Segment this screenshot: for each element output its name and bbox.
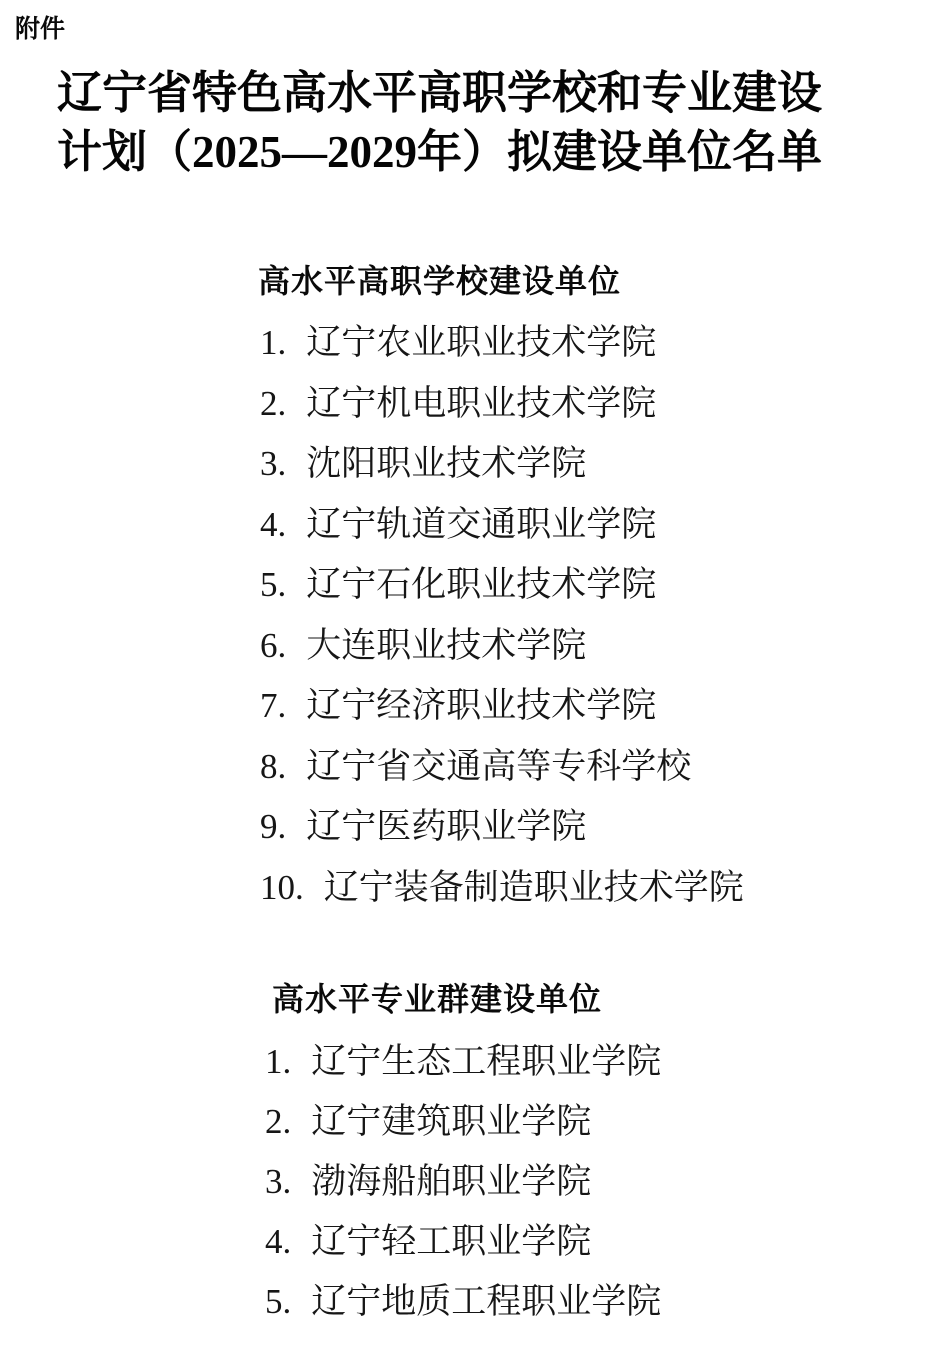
document-title-line2: 计划（2025—2029年）拟建设单位名单 [57,123,857,182]
list-item: 2.辽宁机电职业技术学院 [260,374,744,435]
list-item: 4.辽宁轨道交通职业学院 [260,495,744,556]
school-name: 辽宁轻工职业学院 [311,1222,591,1261]
list-item: 5.辽宁地质工程职业学院 [265,1272,661,1332]
list-item-number: 9. [260,797,286,858]
school-name: 大连职业技术学院 [306,626,586,665]
school-name: 辽宁农业职业技术学院 [306,323,656,362]
list-item-number: 8. [260,737,286,798]
school-name: 辽宁建筑职业学院 [311,1102,591,1141]
school-name: 辽宁地质工程职业学院 [311,1282,661,1321]
school-name: 沈阳职业技术学院 [306,444,586,483]
list-item: 9.辽宁医药职业学院 [260,797,744,858]
list-item: 10.辽宁装备制造职业技术学院 [260,858,744,919]
document-title-line1: 辽宁省特色高水平高职学校和专业建设 [57,64,857,123]
list-item-number: 5. [260,555,286,616]
section-heading-major-groups: 高水平专业群建设单位 [272,980,602,1018]
list-item: 1.辽宁生态工程职业学院 [265,1032,661,1092]
list-item: 3.渤海船舶职业学院 [265,1152,661,1212]
list-item-number: 1. [265,1032,291,1092]
major-group-unit-list: 1.辽宁生态工程职业学院 2.辽宁建筑职业学院 3.渤海船舶职业学院 4.辽宁轻… [265,1032,661,1332]
attachment-label: 附件 [15,13,65,45]
section-heading-schools: 高水平高职学校建设单位 [258,262,621,300]
school-name: 辽宁机电职业技术学院 [306,384,656,423]
list-item-number: 10. [260,858,304,919]
document-page: 附件 辽宁省特色高水平高职学校和专业建设 计划（2025—2029年）拟建设单位… [0,0,928,1358]
school-name: 辽宁生态工程职业学院 [311,1042,661,1081]
school-name: 辽宁经济职业技术学院 [306,686,656,725]
list-item: 3.沈阳职业技术学院 [260,434,744,495]
list-item: 7.辽宁经济职业技术学院 [260,676,744,737]
school-name: 辽宁医药职业学院 [306,807,586,846]
list-item: 2.辽宁建筑职业学院 [265,1092,661,1152]
document-title: 辽宁省特色高水平高职学校和专业建设 计划（2025—2029年）拟建设单位名单 [57,64,857,182]
list-item-number: 3. [265,1152,291,1212]
school-unit-list: 1.辽宁农业职业技术学院 2.辽宁机电职业技术学院 3.沈阳职业技术学院 4.辽… [260,313,744,918]
list-item-number: 3. [260,434,286,495]
list-item-number: 2. [260,374,286,435]
list-item-number: 5. [265,1272,291,1332]
list-item-number: 2. [265,1092,291,1152]
school-name: 辽宁轨道交通职业学院 [306,505,656,544]
list-item: 8.辽宁省交通高等专科学校 [260,737,744,798]
list-item: 4.辽宁轻工职业学院 [265,1212,661,1272]
list-item-number: 7. [260,676,286,737]
list-item: 1.辽宁农业职业技术学院 [260,313,744,374]
list-item-number: 4. [260,495,286,556]
list-item: 5.辽宁石化职业技术学院 [260,555,744,616]
school-name: 辽宁石化职业技术学院 [306,565,656,604]
school-name: 辽宁装备制造职业技术学院 [324,868,744,907]
list-item-number: 6. [260,616,286,677]
school-name: 辽宁省交通高等专科学校 [306,747,691,786]
list-item-number: 1. [260,313,286,374]
list-item: 6.大连职业技术学院 [260,616,744,677]
list-item-number: 4. [265,1212,291,1272]
school-name: 渤海船舶职业学院 [311,1162,591,1201]
